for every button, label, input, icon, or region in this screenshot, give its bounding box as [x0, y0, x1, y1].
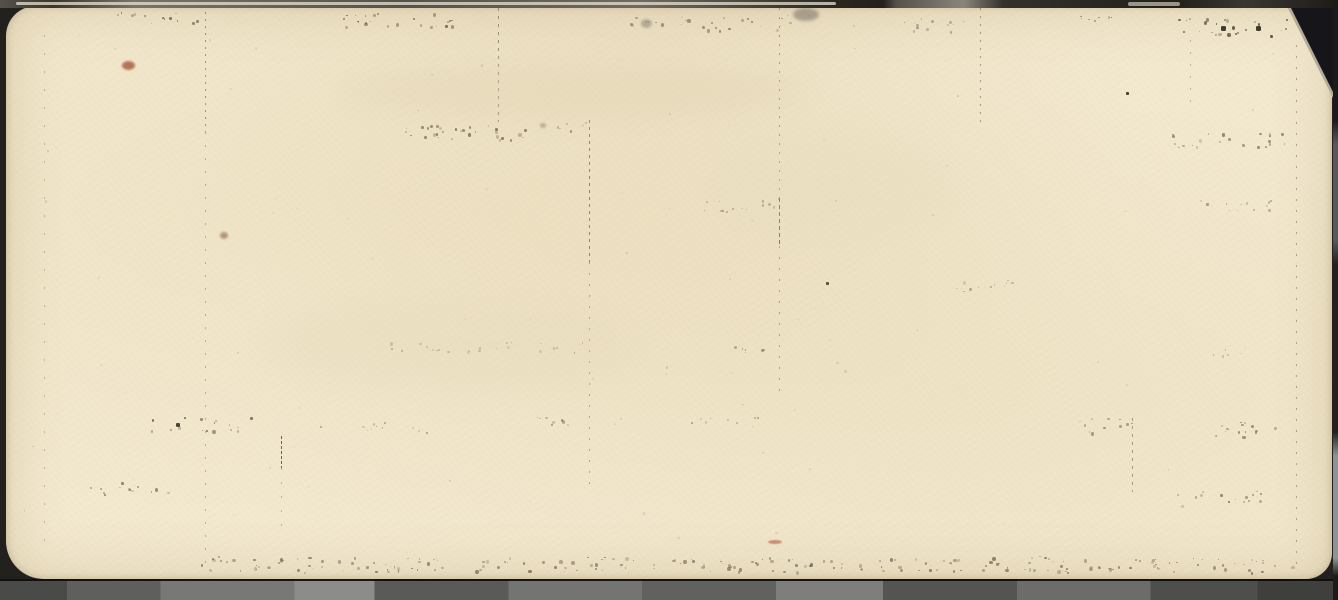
ink-speck [1060, 565, 1063, 568]
ink-speck [209, 39, 211, 41]
ink-speck [936, 569, 938, 571]
ink-speck [809, 468, 811, 470]
ink-speck [930, 565, 931, 566]
ink-speck [1004, 523, 1005, 524]
ink-speck [1065, 571, 1067, 572]
ink-speck [775, 532, 778, 534]
dark-ink-speck [176, 423, 180, 427]
ink-speck [79, 35, 80, 36]
dark-ink-speck [826, 282, 829, 285]
ink-speck [681, 16, 683, 18]
ink-speck [929, 569, 932, 571]
ink-speck [398, 570, 400, 572]
ink-speck [653, 564, 655, 567]
ink-speck [485, 188, 488, 190]
ink-speck [372, 258, 374, 260]
ink-speck [1097, 361, 1099, 363]
ink-speck [626, 252, 628, 254]
ink-speck [100, 364, 103, 366]
ink-speck [564, 571, 565, 572]
ink-speck [45, 200, 47, 203]
ink-speck [135, 485, 136, 486]
paper-stain [768, 540, 782, 544]
ink-speck [742, 404, 743, 405]
ink-speck [729, 278, 731, 280]
ink-speck [114, 48, 116, 50]
ink-speck [1126, 384, 1128, 386]
ink-speck [669, 208, 671, 210]
ink-speck [783, 571, 785, 573]
ink-speck [728, 125, 729, 126]
ink-speck [434, 569, 436, 571]
ink-speck [1146, 40, 1148, 41]
ink-speck [882, 570, 885, 572]
ink-speck [614, 423, 616, 425]
ink-speck [47, 150, 49, 152]
ink-speck [1007, 568, 1008, 569]
ink-speck [294, 446, 295, 447]
ink-speck [749, 251, 750, 252]
ink-speck [313, 568, 314, 570]
ink-speck [917, 329, 918, 331]
scanner-edge-bottom [0, 579, 1338, 600]
ink-speck [882, 479, 883, 480]
ink-speck [165, 92, 166, 93]
ink-speck [347, 218, 349, 220]
ink-speck [1213, 566, 1216, 570]
dark-ink-speck [1221, 26, 1226, 31]
ink-speck [710, 571, 711, 572]
ink-speck [810, 308, 811, 309]
ink-speck [394, 566, 395, 567]
dark-ink-speck [1256, 26, 1261, 31]
ink-speck [297, 208, 298, 209]
dark-ink-speck [1126, 92, 1129, 95]
paper-stain [700, 135, 960, 245]
ink-speck [1029, 568, 1032, 571]
ink-speck [237, 352, 239, 355]
ink-speck [953, 570, 955, 573]
ink-speck [98, 277, 100, 280]
ink-speck [960, 570, 962, 571]
ink-speck [417, 569, 419, 571]
ink-speck [622, 192, 623, 194]
ink-speck [1047, 570, 1049, 571]
ink-speck [854, 48, 856, 50]
ink-speck [625, 567, 627, 569]
ink-speck [1115, 127, 1116, 128]
ink-speck [530, 501, 531, 502]
ink-speck [1190, 259, 1192, 261]
faded-print-artifacts [0, 0, 1338, 600]
ink-speck [844, 370, 847, 373]
ink-speck [1296, 539, 1297, 541]
ink-speck [433, 509, 435, 511]
paper-stain [340, 60, 810, 120]
ink-speck [1109, 568, 1112, 570]
paper-stain [260, 300, 640, 390]
ink-speck [308, 487, 309, 488]
paper-stain [122, 61, 135, 70]
ink-speck [497, 566, 500, 569]
ink-speck [762, 452, 764, 454]
ink-speck [881, 566, 883, 567]
ink-speck [853, 25, 855, 27]
ink-speck [836, 362, 839, 364]
ink-speck [411, 568, 413, 569]
ink-speck [1006, 498, 1007, 499]
ink-speck [592, 378, 594, 380]
ink-speck [977, 422, 978, 423]
ink-speck [269, 467, 271, 469]
scanner-edge-right [1333, 0, 1338, 600]
paper-stain [220, 232, 228, 239]
paper-stain [793, 8, 819, 21]
ink-speck [602, 570, 603, 571]
ink-speck [982, 569, 985, 572]
ink-speck [620, 418, 622, 421]
ink-speck [1163, 89, 1164, 90]
ink-speck [32, 446, 34, 447]
ink-speck [795, 564, 798, 567]
paper-stain [540, 123, 546, 128]
ink-speck [861, 568, 863, 571]
ink-speck [24, 510, 26, 512]
scanner-edge-highlight-right [1128, 2, 1180, 6]
ink-speck [275, 198, 277, 200]
ink-speck [1124, 211, 1126, 213]
ink-speck [299, 407, 300, 408]
ink-speck [731, 372, 733, 374]
scanned-document-photo [0, 0, 1338, 600]
ink-speck [1244, 347, 1246, 349]
ink-speck [957, 95, 959, 98]
ink-speck [1014, 404, 1015, 406]
ink-speck [665, 373, 666, 375]
ink-speck [798, 319, 799, 320]
ink-speck [133, 478, 134, 479]
ink-speck [677, 537, 680, 539]
ink-speck [449, 480, 451, 482]
ink-speck [643, 512, 645, 515]
ink-speck [564, 567, 567, 569]
ink-speck [258, 566, 261, 568]
ink-speck [273, 212, 275, 214]
ink-speck [918, 570, 920, 572]
scanner-edge-highlight [16, 2, 836, 5]
ink-speck [620, 564, 623, 566]
ink-speck [1142, 177, 1143, 178]
ink-speck [1066, 568, 1068, 570]
ink-speck [666, 366, 668, 369]
ink-speck [230, 88, 232, 90]
ink-speck [794, 409, 796, 411]
ink-speck [394, 567, 396, 568]
ink-speck [45, 306, 46, 307]
ink-speck [829, 340, 831, 342]
ink-speck [1291, 566, 1295, 569]
ink-speck [233, 514, 235, 516]
ink-speck [125, 393, 126, 394]
ink-speck [772, 570, 774, 572]
paper-stain [641, 19, 652, 28]
ink-speck [1272, 53, 1274, 55]
ink-speck [1252, 109, 1254, 111]
ink-speck [201, 564, 204, 567]
ink-speck [1168, 469, 1170, 471]
ink-speck [255, 47, 257, 50]
